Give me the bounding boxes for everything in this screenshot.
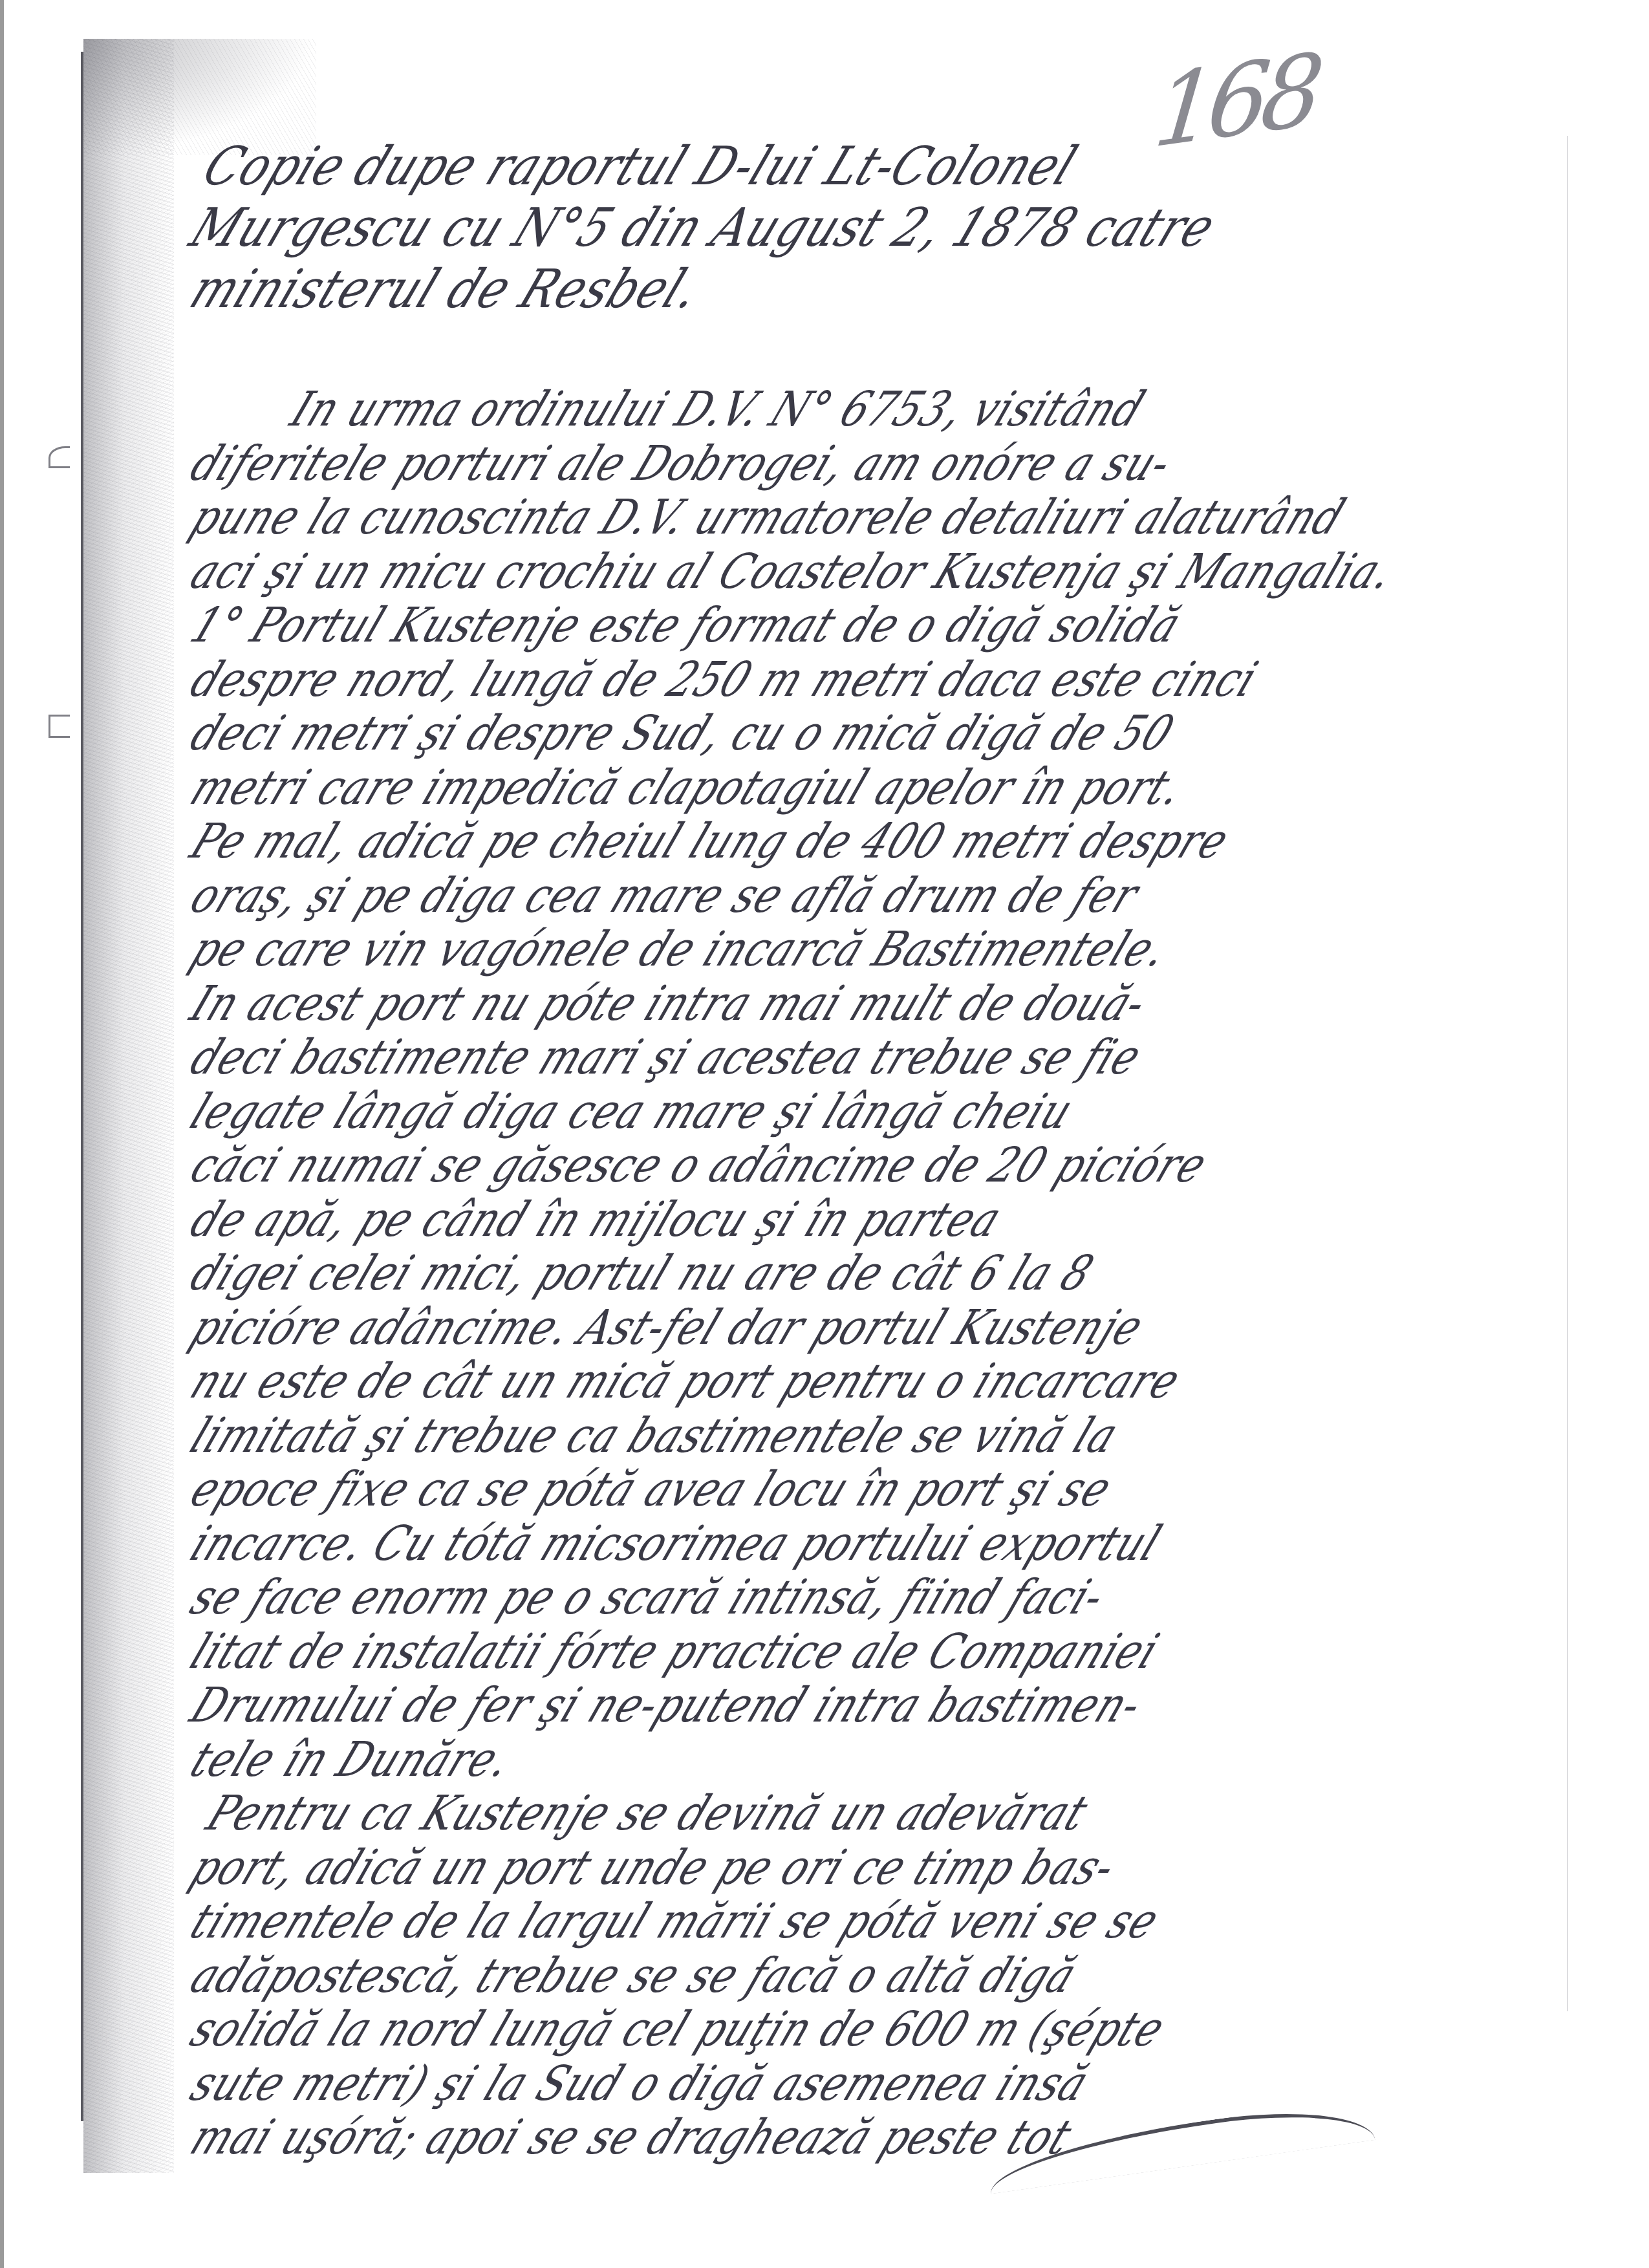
body-line: oraş, şi pe diga cea mare se află drum d…: [183, 868, 1147, 923]
page-left-edge: [81, 52, 83, 2121]
document-page: 168 Copie dupe raportul D-lui Lt-Colonel…: [81, 39, 1568, 2212]
body-line: incarce. Cu tótă micsorimea portului exp…: [183, 1516, 1170, 1571]
body-line: In urma ordinului D.V. N° 6753, visitând: [283, 382, 1153, 437]
body-line: sute metri) şi la Sud o digă asemenea in…: [183, 2056, 1097, 2111]
body-line: litat de instalatii fórte practice ale C…: [183, 1624, 1167, 1679]
title-line: ministerul de Resbel.: [182, 259, 709, 320]
body-line: limitată şi trebue ca bastimentele se vi…: [183, 1408, 1126, 1463]
body-line: Drumului de fer şi ne-putend intra basti…: [183, 1678, 1150, 1733]
body-line: deci metri şi despre Sud, cu o mică digă…: [183, 706, 1182, 761]
body-line: metri care impedică clapotagiul apelor î…: [183, 760, 1192, 815]
body-line: de apă, pe când în mijlocu şi în partea: [183, 1192, 1010, 1247]
body-line: In acest port nu póte intra mai mult de …: [183, 976, 1155, 1031]
body-line: picióre adâncime. Ast-fel dar portul Kus…: [183, 1300, 1152, 1355]
body-line: epoce fixe ca se pótă avea locu în port …: [183, 1462, 1120, 1517]
body-line: pune la cunoscinta D.V. urmatorele detal…: [183, 490, 1353, 545]
folio-number: 168: [1149, 32, 1322, 170]
body-line: tele în Dunăre.: [183, 1732, 520, 1787]
body-line: timentele de la largul mării se pótă ven…: [183, 1894, 1167, 1949]
body-line: Pe mal, adică pe cheiul lung de 400 metr…: [183, 814, 1237, 869]
title-line: Murgescu cu N°5 din August 2, 1878 catre: [182, 197, 1224, 259]
body-line: căci numai se găsesce o adâncime de 20 p…: [183, 1138, 1216, 1193]
body-line: despre nord, lungă de 250 m metri daca e…: [183, 652, 1266, 707]
body-line: adăpostescă, trebue se se facă o altă di…: [183, 1948, 1085, 2003]
margin-tab-mark: [48, 715, 70, 738]
body-line: mai uşóră; apoi se se draghează peste to…: [183, 2110, 1081, 2165]
body-line: digei celei mici, portul nu are de cât 6…: [183, 1246, 1102, 1301]
body-line: pe care vin vagónele de incarcă Bastimen…: [183, 922, 1176, 977]
body-line: deci bastimente mari şi acestea trebue s…: [183, 1030, 1150, 1085]
page-right-edge: [1567, 136, 1568, 2011]
body-line: port, adică un port unde pe ori ce timp …: [183, 1840, 1124, 1895]
body-line: solidă la nord lungă cel puţin de 600 m …: [183, 2002, 1174, 2057]
body-line: aci şi un micu crochiu al Coastelor Kust…: [183, 544, 1403, 599]
body-line: legate lângă diga cea mare şi lângă chei…: [183, 1084, 1081, 1139]
page-shadow: [83, 39, 174, 2173]
body-line: se face enorm pe o scară intinsă, fiind …: [183, 1570, 1114, 1625]
margin-tab-mark: [48, 446, 70, 468]
body-line: diferitele porturi ale Dobrogei, am onór…: [183, 436, 1180, 491]
body-line: Pentru ca Kustenje se devină un adevărat: [199, 1786, 1096, 1841]
body-line: nu este de cât un mică port pentru o inc…: [183, 1354, 1189, 1409]
body-line: 1° Portul Kustenje este format de o digă…: [183, 598, 1189, 653]
scan-edge: [0, 0, 4, 2268]
title-line: Copie dupe raportul D-lui Lt-Colonel: [195, 136, 1086, 197]
